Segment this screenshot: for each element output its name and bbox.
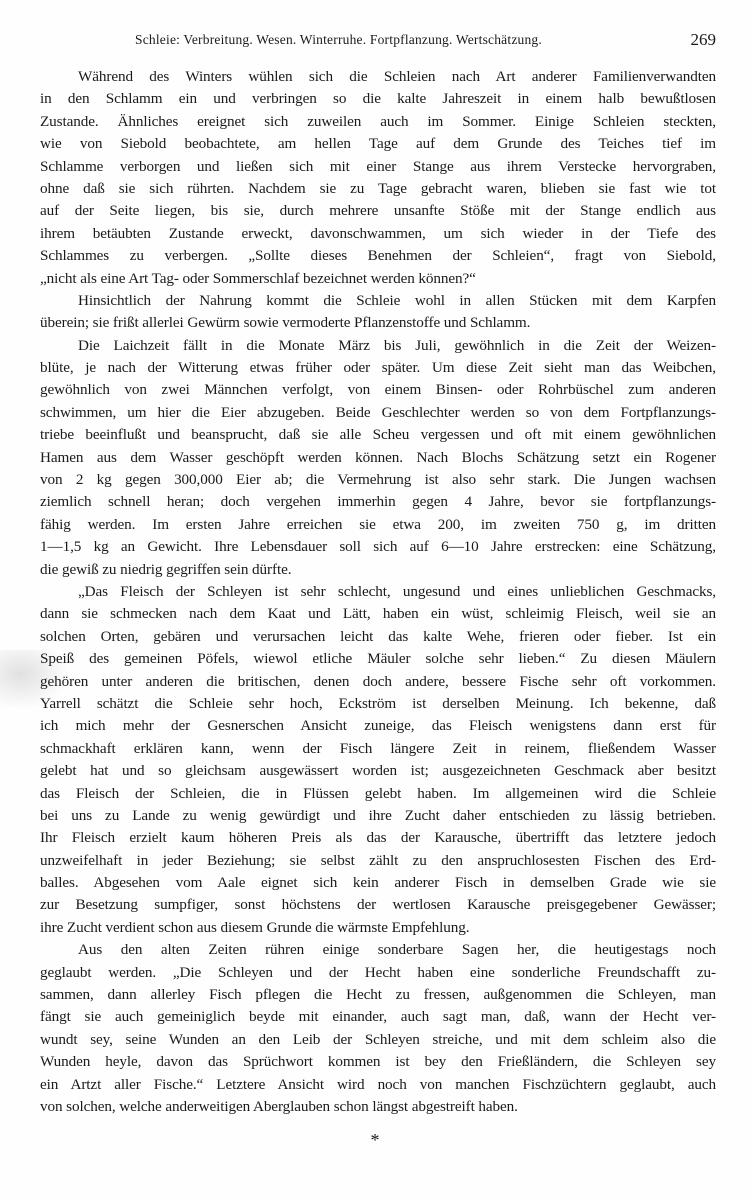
text-line: schwimmen, um hier die Eier abzugeben. B… <box>40 402 716 424</box>
text-line: fängt sie auch gemeiniglich beyde mit ei… <box>40 1006 716 1028</box>
section-end-ornament: * <box>0 1130 750 1151</box>
text-line: dann sie schmecken nach dem Kaat und Lät… <box>40 603 716 625</box>
text-line: gewöhnlich von zwei Männchen verfolgt, v… <box>40 379 716 401</box>
text-line: Schlamme verborgen und ließen sich mit e… <box>40 156 716 178</box>
book-page: Schleie: Verbreitung. Wesen. Winterruhe.… <box>0 0 750 1200</box>
text-line: wie von Siebold beobachtete, am hellen T… <box>40 133 716 155</box>
paragraph: Aus den alten Zeiten rühren einige sonde… <box>40 939 716 1118</box>
text-line: sammen, dann allerley Fisch pflegen die … <box>40 984 716 1006</box>
page-number: 269 <box>691 30 717 50</box>
text-line: ihrem betäubten Zustande erweckt, davons… <box>40 223 716 245</box>
text-line: Wunden heyle, davon das Sprüchwort komme… <box>40 1051 716 1073</box>
paragraph: Die Laichzeit fällt in die Monate März b… <box>40 335 716 581</box>
text-line: das Fleisch der Schleien, die in Flüssen… <box>40 783 716 805</box>
text-line: Aus den alten Zeiten rühren einige sonde… <box>40 939 716 961</box>
text-line: „nicht als eine Art Tag- oder Sommerschl… <box>40 268 716 290</box>
text-line: die gewiß zu niedrig gegriffen sein dürf… <box>40 559 716 581</box>
text-line: ich mich mehr der Gesnerschen Ansicht zu… <box>40 715 716 737</box>
page-body: Während des Winters wühlen sich die Schl… <box>40 66 716 1118</box>
text-line: von solchen, welche anderweitigen Abergl… <box>40 1096 716 1118</box>
running-head: Schleie: Verbreitung. Wesen. Winterruhe.… <box>135 32 542 48</box>
text-line: überein; sie frißt allerlei Gewürm sowie… <box>40 312 716 334</box>
text-line: wundt sey, seine Wunden an den Leib der … <box>40 1029 716 1051</box>
text-line: 1—1,5 kg an Gewicht. Ihre Lebensdauer so… <box>40 536 716 558</box>
text-line: fähig werden. Im ersten Jahre erreichen … <box>40 514 716 536</box>
text-line: geglaubt werden. „Die Schleyen und der H… <box>40 962 716 984</box>
text-line: blüte, je nach der Witterung etwas frühe… <box>40 357 716 379</box>
text-line: bei uns zu Lande zu wenig gewürdigt und … <box>40 805 716 827</box>
text-line: Speiß des gemeinen Pöfels, wiewol etlich… <box>40 648 716 670</box>
text-line: auf der Seite liegen, bis sie, durch meh… <box>40 200 716 222</box>
paragraph: „Das Fleisch der Schleyen ist sehr schle… <box>40 581 716 939</box>
text-line: Schlammes zu verbergen. „Sollte dieses B… <box>40 245 716 267</box>
text-line: schmackhaft erklären kann, wenn der Fisc… <box>40 738 716 760</box>
text-line: Yarrell schätzt die Schleie sehr hoch, E… <box>40 693 716 715</box>
text-line: „Das Fleisch der Schleyen ist sehr schle… <box>40 581 716 603</box>
text-line: ziemlich schnell heran; doch vergehen im… <box>40 491 716 513</box>
text-line: ihre Zucht verdient schon aus diesem Gru… <box>40 917 716 939</box>
text-line: gelebt hat und so gleichsam ausgewässert… <box>40 760 716 782</box>
text-line: triebe beeinflußt und beansprucht, daß s… <box>40 424 716 446</box>
text-line: solchen Orten, gebären und verursachen l… <box>40 626 716 648</box>
text-line: unzweifelhaft in jeder Beziehung; sie se… <box>40 850 716 872</box>
text-line: zur Besetzung sumpfiger, sonst höchstens… <box>40 894 716 916</box>
text-line: Während des Winters wühlen sich die Schl… <box>40 66 716 88</box>
text-line: balles. Abgesehen vom Aale eignet sich k… <box>40 872 716 894</box>
text-line: von 2 kg gegen 300,000 Eier ab; die Verm… <box>40 469 716 491</box>
text-line: Hamen aus dem Wasser geschöpft werden kö… <box>40 447 716 469</box>
text-line: Ihr Fleisch erzielt kaum höheren Preis a… <box>40 827 716 849</box>
text-line: ohne daß sie sich rührten. Nachdem sie z… <box>40 178 716 200</box>
text-line: Zustande. Ähnliches ereignet sich zuweil… <box>40 111 716 133</box>
text-line: gehören unter anderen die britischen, de… <box>40 671 716 693</box>
paragraph: Hinsichtlich der Nahrung kommt die Schle… <box>40 290 716 335</box>
paragraph: Während des Winters wühlen sich die Schl… <box>40 66 716 290</box>
text-line: ein Artzt aller Fische.“ Letztere Ansich… <box>40 1074 716 1096</box>
text-line: Die Laichzeit fällt in die Monate März b… <box>40 335 716 357</box>
text-line: Hinsichtlich der Nahrung kommt die Schle… <box>40 290 716 312</box>
page-header: Schleie: Verbreitung. Wesen. Winterruhe.… <box>40 32 716 54</box>
text-line: in den Schlamm ein und verbringen so die… <box>40 88 716 110</box>
